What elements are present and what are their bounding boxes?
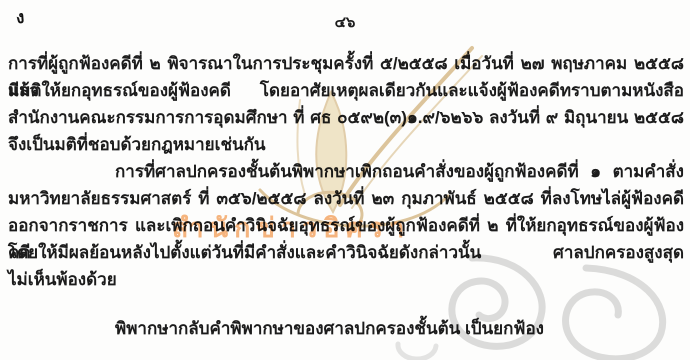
body-line: ออกจากราชการ และเพิกถอนคำวินิจฉัยอุทธรณ์… <box>8 212 684 239</box>
body-line: ไม่เห็นพ้องด้วย <box>8 266 684 293</box>
page-number: ๔๖ <box>0 10 690 34</box>
body-line: จึงเป็นมติที่ชอบด้วยกฎหมายเช่นกัน <box>8 131 684 158</box>
body-line: มีมติให้ยกอุทธรณ์ของผู้ฟ้องคดี โดยอาศัยเ… <box>8 77 684 104</box>
body-line: โดยให้มีผลย้อนหลังไปตั้งแต่วันที่มีคำสั่… <box>8 239 684 266</box>
body-line: การที่ศาลปกครองชั้นต้นพิพากษาเพิกถอนคำสั… <box>8 158 684 185</box>
document-page: ง ๔๖ การที่ผู้ถูกฟ้องคดีที่ ๒ พิจารณาในก… <box>0 0 690 360</box>
body-line: สำนักงานคณะกรรมการการอุดมศึกษา ที่ ศธ ๐๕… <box>8 104 684 131</box>
body-line: มหาวิทยาลัยธรรมศาสตร์ ที่ ๓๕๖/๒๕๕๘ ลงวัน… <box>8 185 684 212</box>
verdict-line: พิพากษากลับคำพิพากษาของศาลปกครองชั้นต้น … <box>8 315 684 342</box>
document-body: การที่ผู้ถูกฟ้องคดีที่ ๒ พิจารณาในการประ… <box>8 50 684 342</box>
body-line: การที่ผู้ถูกฟ้องคดีที่ ๒ พิจารณาในการประ… <box>8 50 684 77</box>
